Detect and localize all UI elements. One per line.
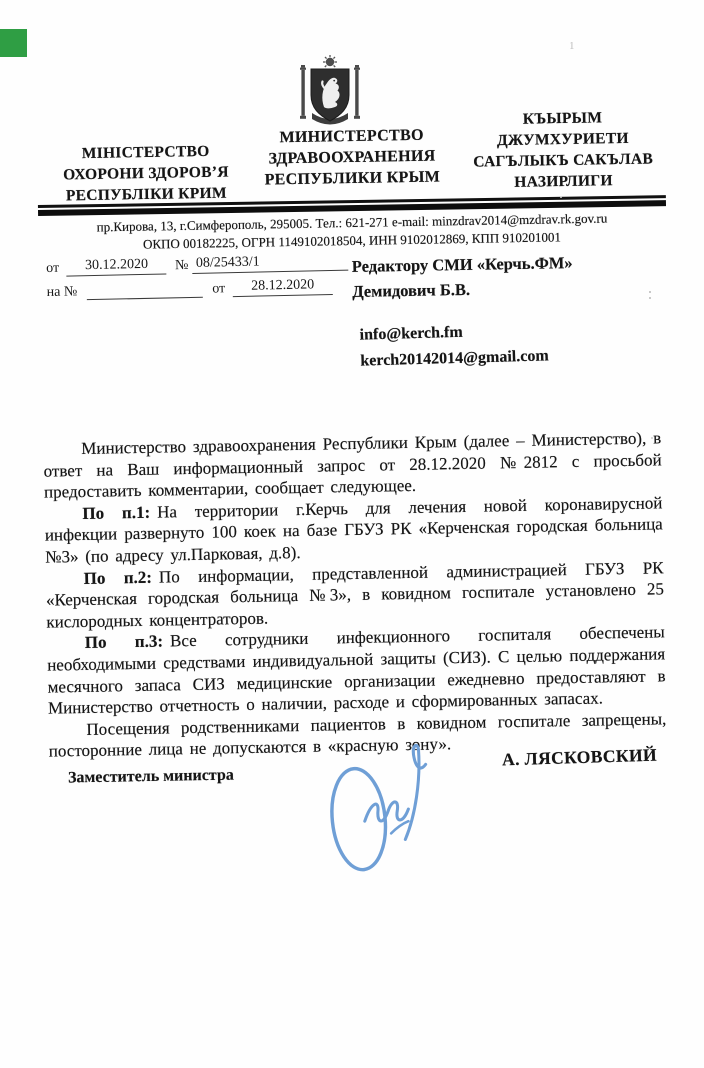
org-name-crimean-tatar: КЪЫРЫМ ДЖУМХУРИЕТИ САГЪЛЫКЪ САКЪЛАВ НАЗИ… — [459, 106, 666, 194]
green-scan-marker — [0, 29, 27, 57]
reply-to-label: на № — [47, 284, 78, 301]
number-label: № — [175, 258, 189, 274]
recipient-emails: info@kerch.fm kerch20142014@gmail.com — [359, 317, 549, 374]
org-crh-line4: НАЗИРЛИГИ — [460, 169, 666, 194]
incoming-date-field: 28.12.2020 — [232, 277, 332, 297]
outgoing-date-field: 30.12.2020 — [66, 256, 166, 276]
org-ru-line3: РЕСПУБЛИКИ КРЫМ — [250, 166, 454, 191]
reference-block: от 30.12.2020 № 08/25433/1 на № от 28.12… — [46, 253, 349, 307]
paragraph-point2: По п.2:По информации, представленной адм… — [45, 557, 664, 633]
recipient-title: Редактору СМИ «Керчь.ФМ» — [352, 250, 573, 279]
recipient-block: Редактору СМИ «Керчь.ФМ» Демидович Б.В. — [352, 250, 574, 304]
outgoing-number-field: 08/25433/1 — [192, 253, 348, 274]
recipient-name: Демидович Б.В. — [352, 275, 573, 304]
incoming-reference-row: на № от 28.12.2020 — [47, 277, 349, 307]
crimea-coat-of-arms-icon — [298, 55, 362, 131]
paragraph-point3: По п.3:Все сотрудники инфекционного госп… — [47, 622, 666, 720]
scan-speckle — [649, 291, 651, 293]
paragraph-point1: По п.1:На территории г.Керчь для лечения… — [44, 492, 663, 568]
paragraph-intro: Министерство здравоохранения Республики … — [43, 427, 662, 503]
handwritten-signature-icon — [320, 736, 442, 878]
scanned-letter-page: 1 МІНІСТЕРСТВО ОХОРОНИ ЗДОРОВ’Я РЕСПУБЛІ — [0, 0, 704, 1068]
org-name-russian: МИНИСТЕРСТВО ЗДРАВООХРАНЕНИЯ РЕСПУБЛИКИ … — [249, 124, 454, 191]
scan-speckle — [560, 196, 562, 198]
org-name-ukrainian: МІНІСТЕРСТВО ОХОРОНИ ЗДОРОВ’Я РЕСПУБЛІКИ… — [43, 140, 248, 207]
signer-name: А. ЛЯСКОВСКИЙ — [502, 745, 658, 771]
letter-body: Министерство здравоохранения Республики … — [43, 427, 667, 762]
org-crh-line3: САГЪЛЫКЪ САКЪЛАВ — [460, 148, 666, 173]
reply-from-label: от — [212, 281, 225, 297]
scan-speckle — [649, 297, 651, 299]
incoming-number-field — [87, 280, 203, 300]
signer-position: Заместитель министра — [68, 767, 234, 788]
page-number: 1 — [569, 40, 575, 52]
from-label: от — [46, 261, 59, 277]
scan-speckle — [651, 437, 653, 439]
email-secondary: kerch20142014@gmail.com — [360, 343, 549, 374]
